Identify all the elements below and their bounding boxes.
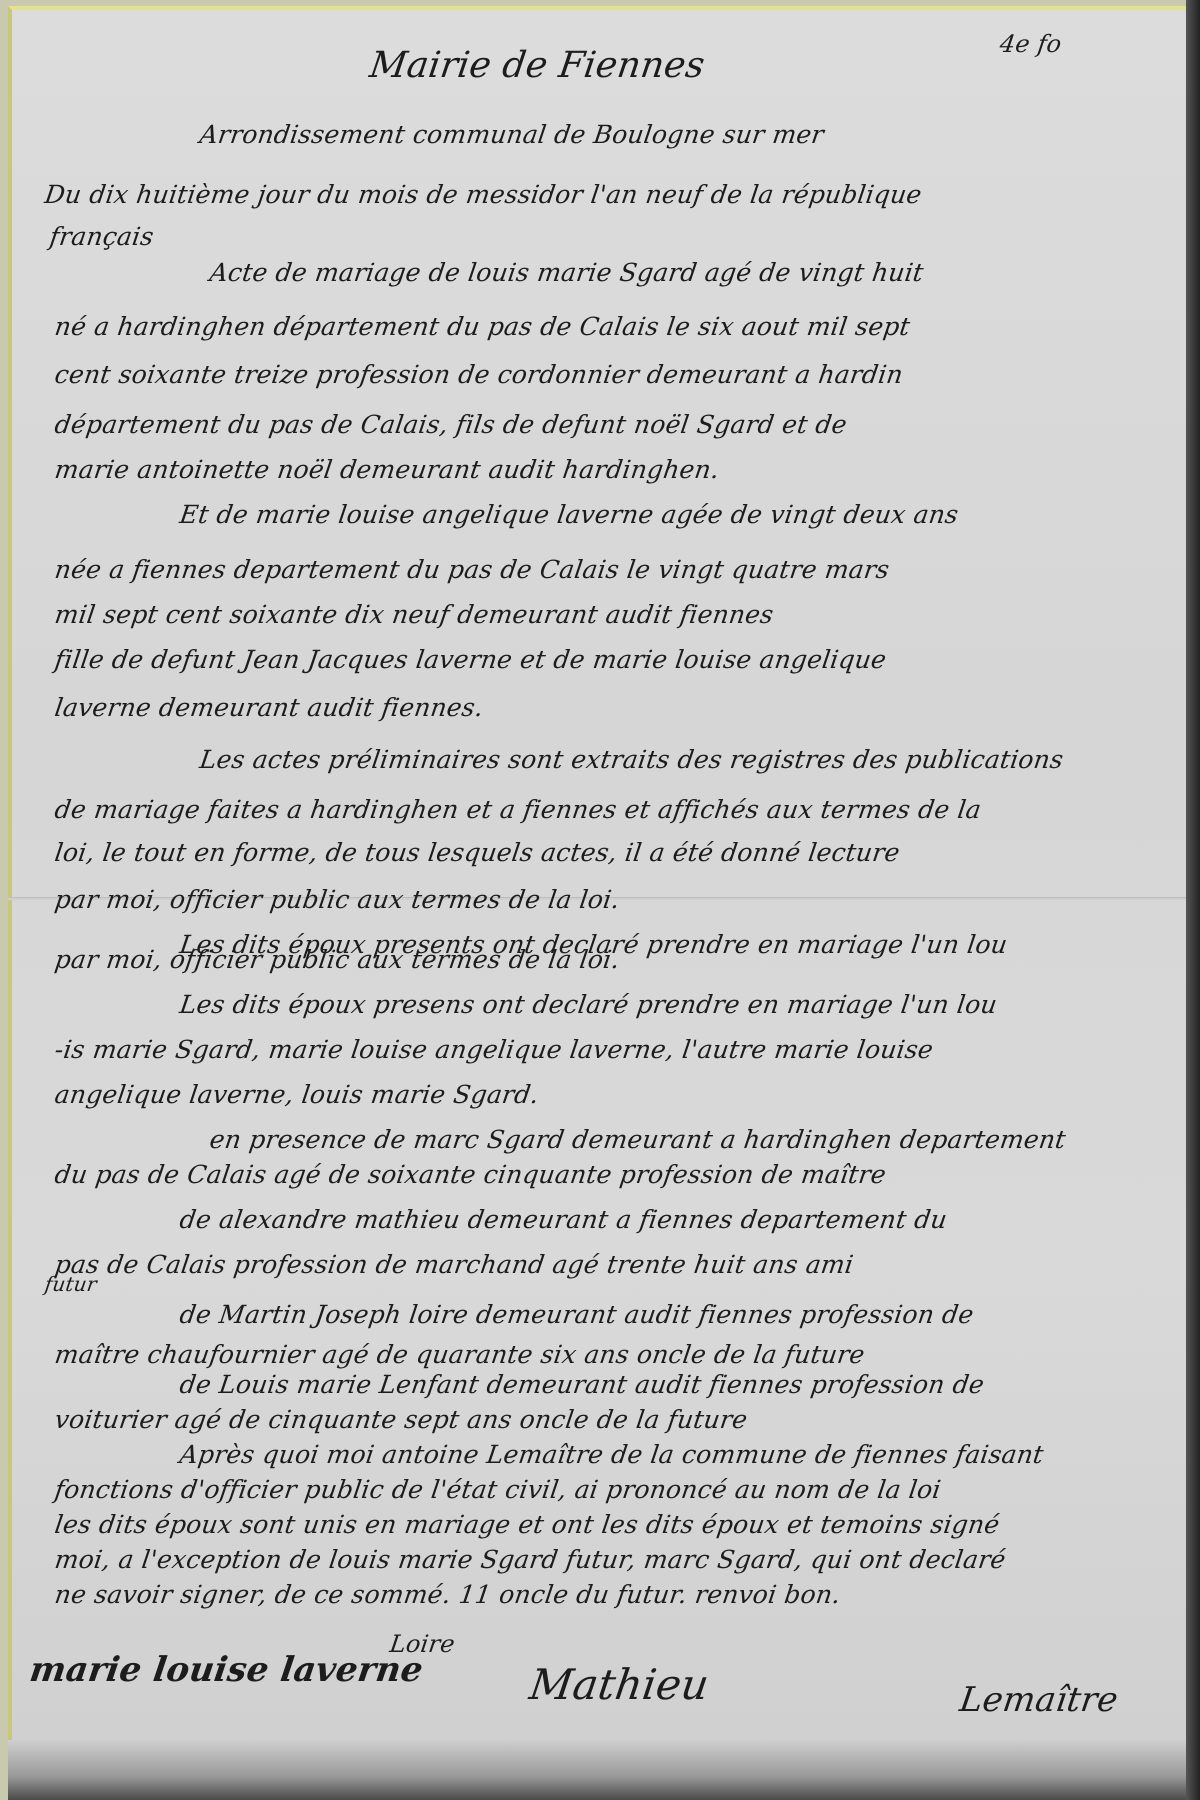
document-line: fonctions d'officier public de l'état ci… [53,1475,943,1504]
signature-mathieu: Mathieu [527,1660,713,1709]
document-line: de alexandre mathieu demeurant a fiennes… [178,1205,949,1234]
document-line: moi, a l'exception de louis marie Sgard … [53,1545,1008,1574]
document-line: Acte de mariage de louis marie Sgard agé… [208,258,925,287]
document-line: Les actes préliminaires sont extraits de… [198,745,1065,774]
document-line: voiturier agé de cinquante sept ans oncl… [53,1405,749,1434]
document-line: laverne demeurant audit fiennes. [53,693,485,722]
document-line: ne savoir signer, de ce sommé. 11 oncle … [53,1580,843,1609]
document-line: Les dits époux presens ont declaré prend… [178,990,999,1019]
document-line: les dits époux sont unis en mariage et o… [53,1510,1002,1539]
document-line: né a hardinghen département du pas de Ca… [53,312,912,341]
document-line: département du pas de Calais, fils de de… [53,410,849,439]
signature-loire: Loire [388,1630,457,1658]
document-line: Et de marie louise angelique laverne agé… [178,500,960,529]
document-line: par moi, officier public aux termes de l… [53,945,622,974]
document-line: Du dix huitième jour du mois de messidor… [43,180,924,209]
folio-number: 4e fo [998,30,1063,58]
document-line: Après quoi moi antoine Lemaître de la co… [178,1440,1046,1469]
document-line: de mariage faites a hardinghen et a fien… [53,795,983,824]
document-line: née a fiennes departement du pas de Cala… [53,555,891,584]
page-bottom-shadow [8,1740,1186,1800]
document-line: pas de Calais profession de marchand agé… [53,1250,855,1279]
document-line: en presence de marc Sgard demeurant a ha… [208,1125,1068,1154]
signature-bride: marie louise laverne [27,1650,425,1690]
document-line: français [48,222,156,251]
document-line: Arrondissement communal de Boulogne sur … [198,120,826,149]
document-line: de Louis marie Lenfant demeurant audit f… [178,1370,986,1399]
signature-officer: Lemaître [957,1680,1120,1720]
document-title: Mairie de Fiennes [367,45,707,86]
document-line: futur [43,1272,98,1296]
document-line: angelique laverne, louis marie Sgard. [53,1080,541,1109]
page-edge-shadow [1186,0,1200,1800]
document-line: mil sept cent soixante dix neuf demeuran… [53,600,775,629]
document-scan: 4e fo Mairie de Fiennes Arrondissement c… [0,0,1200,1800]
document-line: marie antoinette noël demeurant audit ha… [53,455,721,484]
document-line: fille de defunt Jean Jacques laverne et … [53,645,888,674]
document-line: loi, le tout en forme, de tous lesquels … [53,838,902,867]
document-line: cent soixante treize profession de cordo… [53,360,905,389]
document-line: -is marie Sgard, marie louise angelique … [53,1035,935,1064]
document-line: du pas de Calais agé de soixante cinquan… [53,1160,888,1189]
document-line: de Martin Joseph loire demeurant audit f… [178,1300,976,1329]
document-line: maître chaufournier agé de quarante six … [53,1340,867,1369]
